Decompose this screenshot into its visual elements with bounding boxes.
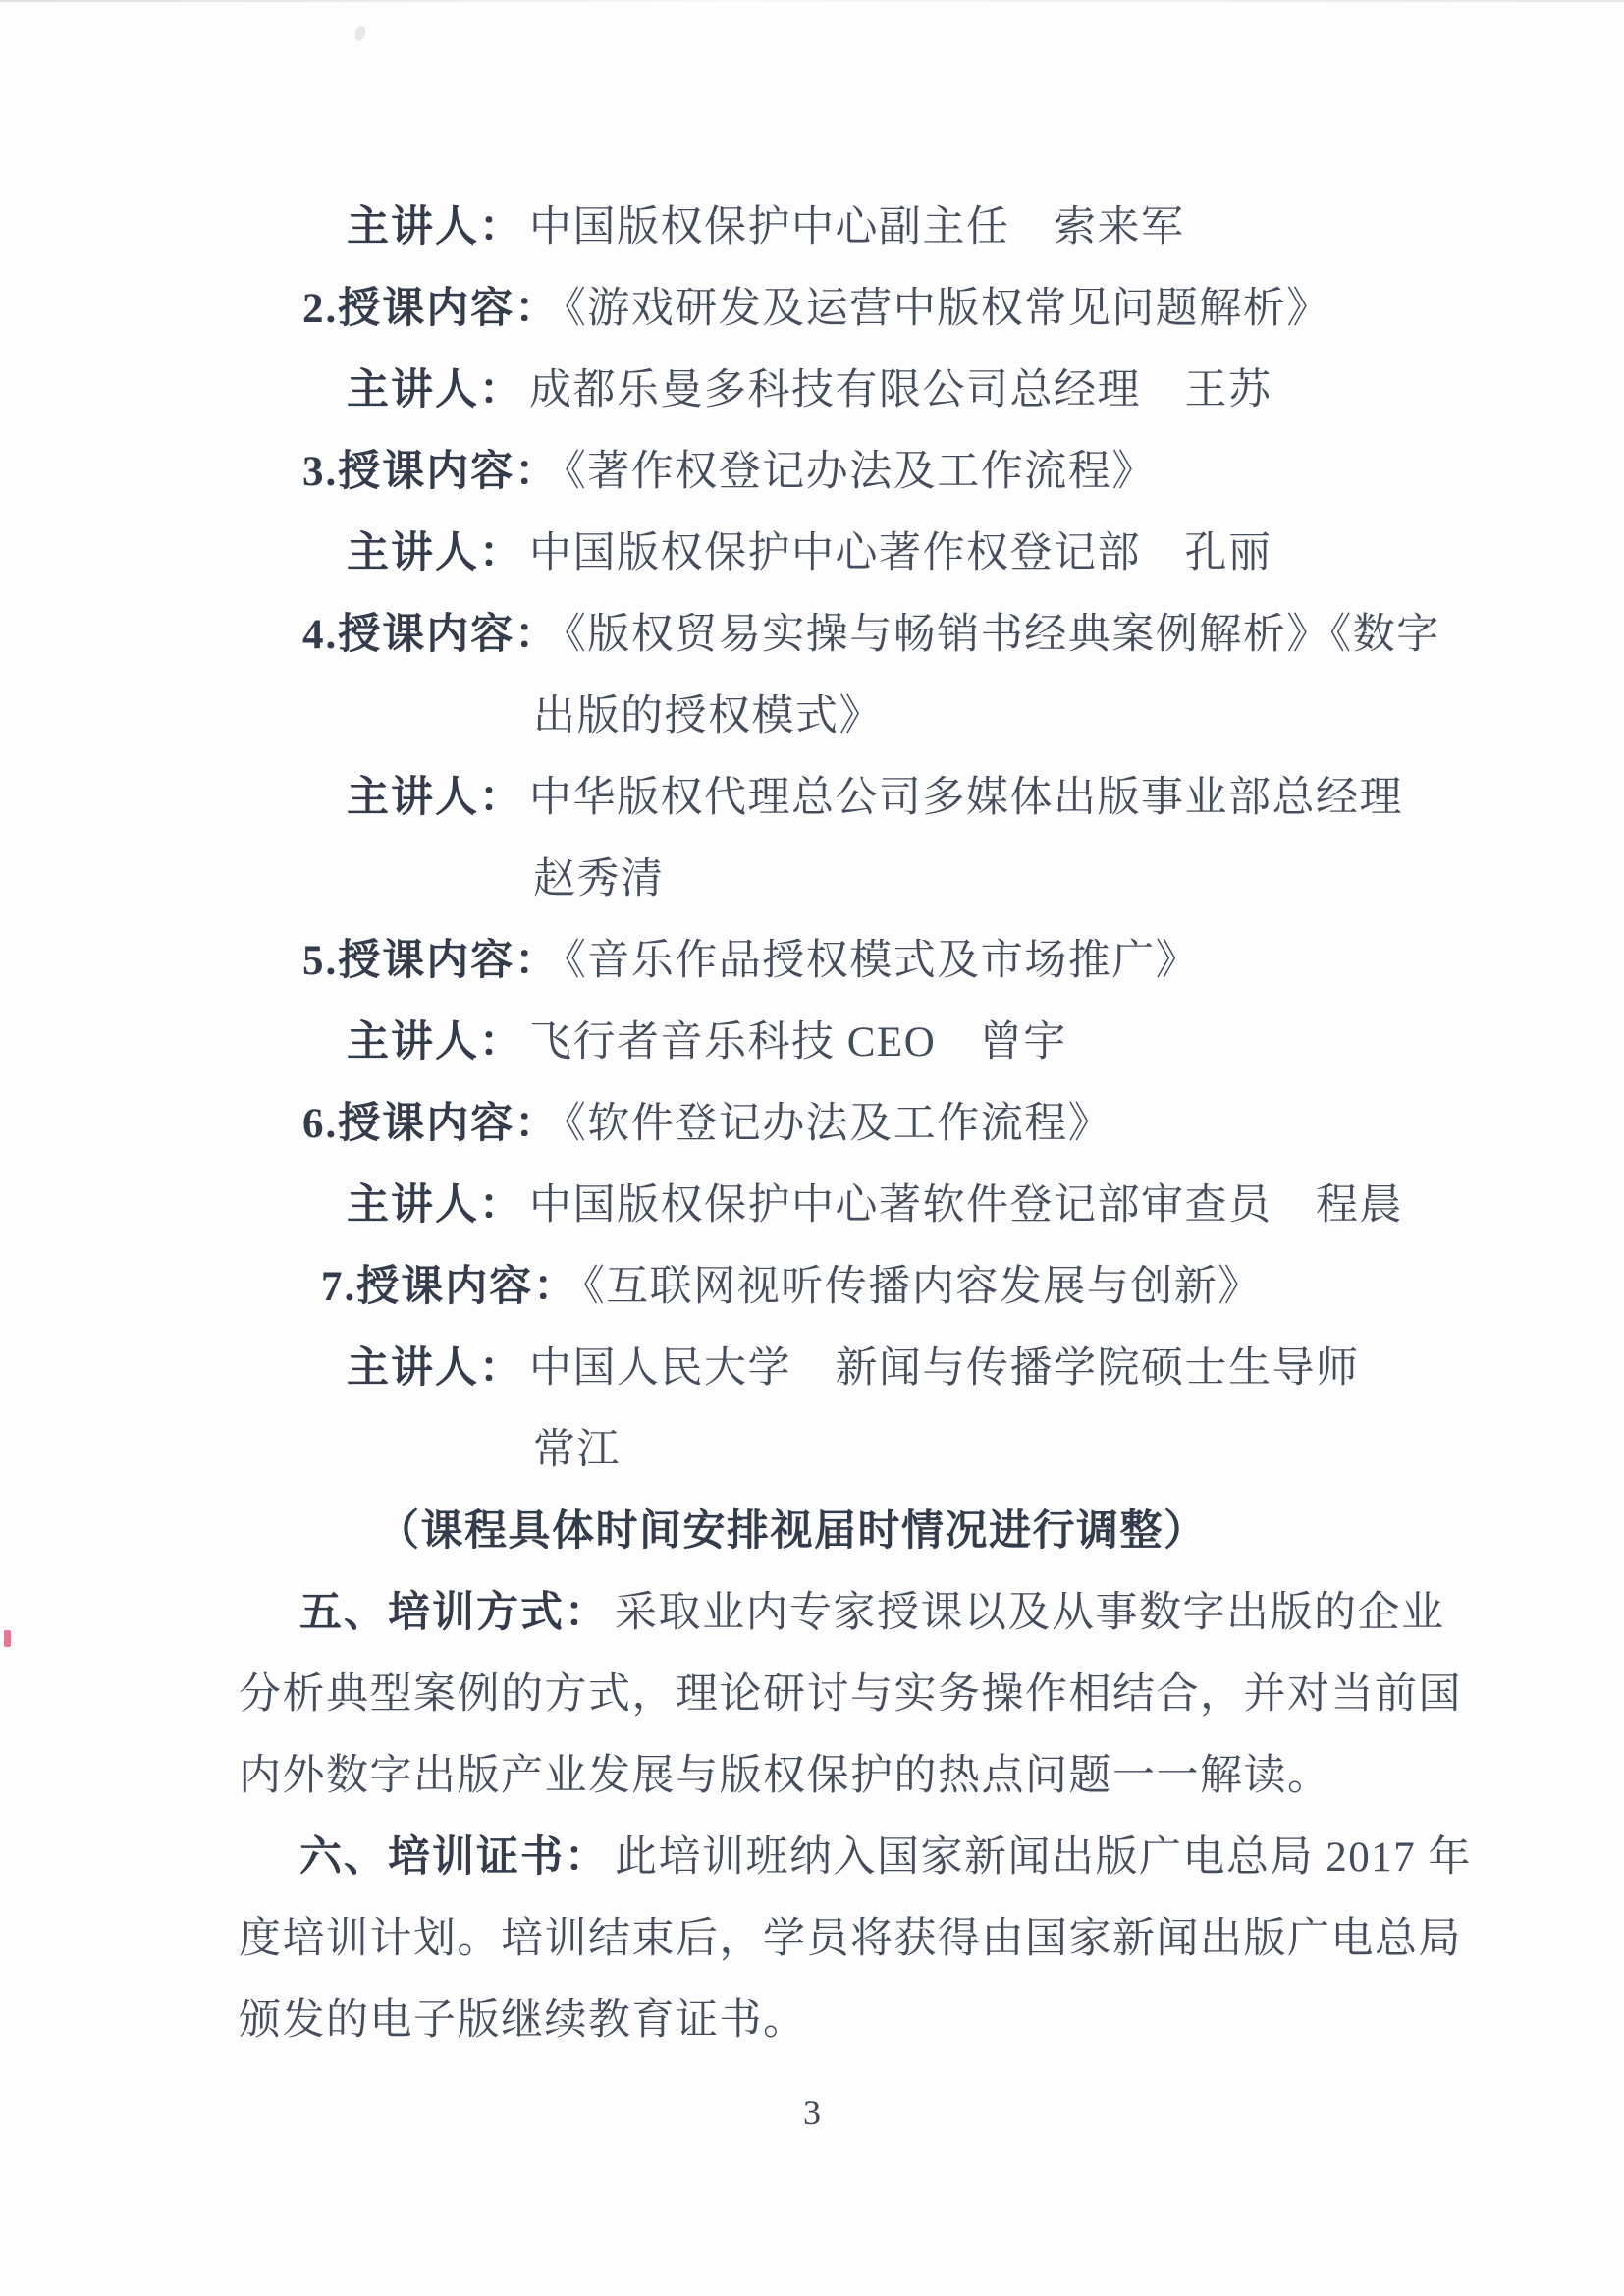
speaker-text: 中华版权代理总公司多媒体出版事业部总经理 [529,775,1403,821]
speaker-label: 主讲人： [347,204,523,250]
course-title-text: 《音乐作品授权模式及市场推广》 [565,938,1199,984]
speaker-label: 主讲人： [347,775,523,821]
course-item-label: 2.授课内容： [302,286,559,332]
speaker-label: 主讲人： [347,530,523,576]
continuation-line: 常江 [0,1409,1624,1491]
paragraph-text: 内外数字出版产业发展与版权保护的热点问题一一解读。 [239,1753,1331,1799]
course-item-line: 5.授课内容：《音乐作品授权模式及市场推广》 [0,920,1624,1002]
speaker-line: 主讲人：中国版权保护中心副主任 索来军 [0,187,1624,268]
course-item-label: 5.授课内容： [302,938,559,984]
document-page: 主讲人：中国版权保护中心副主任 索来军 2.授课内容：《游戏研发及运营中版权常见… [0,0,1624,2296]
speaker-label: 主讲人： [347,367,523,413]
continuation-text: 出版的授权模式》 [533,693,883,739]
course-item-label: 7.授课内容： [321,1264,577,1310]
speaker-text: 中国版权保护中心副主任 索来军 [529,204,1185,250]
course-title-text: 《著作权登记办法及工作流程》 [565,449,1156,495]
section-text: 此培训班纳入国家新闻出版广电总局 2017 年 [615,1834,1472,1881]
speaker-line: 主讲人：飞行者音乐科技 CEO 曾宇 [0,1002,1624,1083]
speaker-line: 主讲人：中华版权代理总公司多媒体出版事业部总经理 [0,757,1624,839]
continuation-line: 出版的授权模式》 [0,676,1624,757]
document-body: 主讲人：中国版权保护中心副主任 索来军 2.授课内容：《游戏研发及运营中版权常见… [0,0,1624,2061]
section-line: 五、培训方式：采取业内专家授课以及从事数字出版的企业 [0,1572,1624,1654]
page-footer: 3 [0,2090,1624,2135]
course-item-label: 6.授课内容： [302,1101,559,1147]
speaker-text: 中国版权保护中心著作权登记部 孔丽 [529,530,1272,576]
paragraph-text: 分析典型案例的方式，理论研讨与实务操作相结合，并对当前国 [239,1671,1462,1718]
continuation-text: 常江 [533,1427,621,1473]
course-item-label: 3.授课内容： [302,449,559,495]
paragraph-line: 度培训计划。培训结束后，学员将获得由国家新闻出版广电总局 [0,1898,1624,1980]
section-label: 六、培训证书： [299,1834,609,1881]
continuation-text: 赵秀清 [533,856,665,902]
continuation-line: 赵秀清 [0,839,1624,920]
speaker-line: 主讲人：中国人民大学 新闻与传播学院硕士生导师 [0,1328,1624,1409]
course-item-line: 2.授课内容：《游戏研发及运营中版权常见问题解析》 [0,268,1624,350]
section-text: 采取业内专家授课以及从事数字出版的企业 [615,1590,1445,1636]
schedule-note-text: （课程具体时间安排视届时情况进行调整） [377,1508,1208,1555]
speaker-line: 主讲人：中国版权保护中心著软件登记部审查员 程晨 [0,1165,1624,1246]
course-item-line: 4.授课内容：《版权贸易实操与畅销书经典案例解析》《数字 [0,594,1624,676]
section-line: 六、培训证书：此培训班纳入国家新闻出版广电总局 2017 年 [0,1817,1624,1898]
paragraph-line: 内外数字出版产业发展与版权保护的热点问题一一解读。 [0,1735,1624,1817]
speaker-text: 中国人民大学 新闻与传播学院硕士生导师 [529,1345,1360,1392]
course-item-label: 4.授课内容： [302,612,559,658]
speaker-text: 成都乐曼多科技有限公司总经理 王苏 [529,367,1272,413]
speaker-label: 主讲人： [347,1019,523,1066]
speaker-text: 中国版权保护中心著软件登记部审查员 程晨 [529,1182,1403,1229]
section-label: 五、培训方式： [299,1590,609,1636]
course-item-line: 3.授课内容：《著作权登记办法及工作流程》 [0,431,1624,513]
course-title-text: 《版权贸易实操与畅销书经典案例解析》《数字 [565,612,1440,658]
paragraph-text: 度培训计划。培训结束后，学员将获得由国家新闻出版广电总局 [239,1916,1462,1962]
page-number: 3 [803,2093,821,2132]
course-title-text: 《互联网视听传播内容发展与创新》 [583,1264,1262,1310]
speaker-line: 主讲人：成都乐曼多科技有限公司总经理 王苏 [0,350,1624,431]
speaker-line: 主讲人：中国版权保护中心著作权登记部 孔丽 [0,513,1624,594]
course-item-line: 7.授课内容：《互联网视听传播内容发展与创新》 [0,1246,1624,1328]
speaker-text: 飞行者音乐科技 CEO 曾宇 [529,1019,1067,1066]
course-title-text: 《游戏研发及运营中版权常见问题解析》 [565,286,1330,332]
schedule-note-line: （课程具体时间安排视届时情况进行调整） [0,1491,1624,1572]
paragraph-text: 颁发的电子版继续教育证书。 [239,1997,807,2044]
course-title-text: 《软件登记办法及工作流程》 [565,1101,1111,1147]
course-item-line: 6.授课内容：《软件登记办法及工作流程》 [0,1083,1624,1165]
speaker-label: 主讲人： [347,1182,523,1229]
paragraph-line: 颁发的电子版继续教育证书。 [0,1980,1624,2061]
speaker-label: 主讲人： [347,1345,523,1392]
paragraph-line: 分析典型案例的方式，理论研讨与实务操作相结合，并对当前国 [0,1654,1624,1735]
